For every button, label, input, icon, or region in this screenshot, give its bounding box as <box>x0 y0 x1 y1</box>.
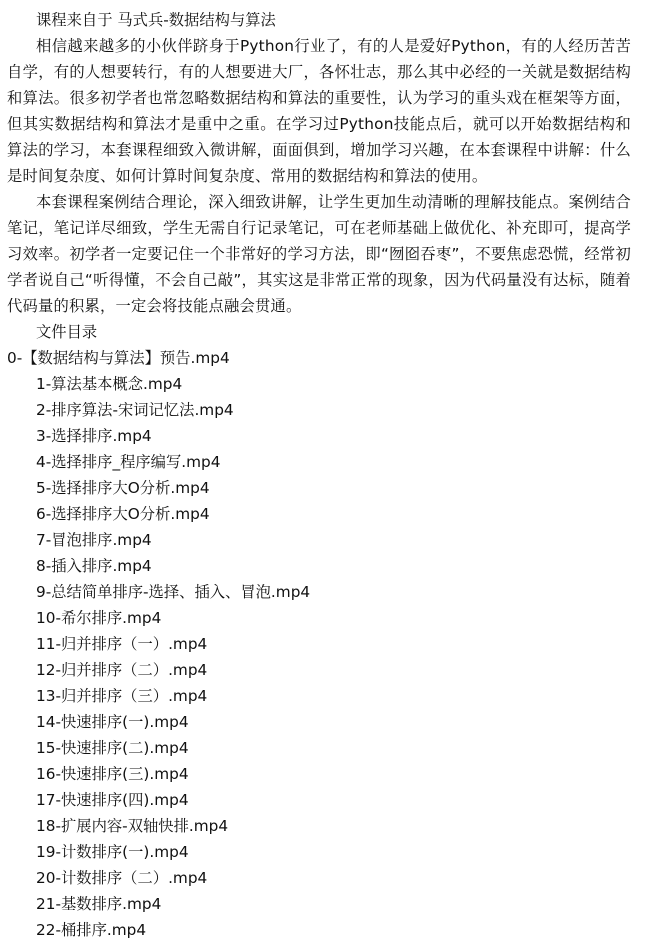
file-item: 18-扩展内容-双轴快排.mp4 <box>7 813 631 839</box>
file-item: 10-希尔排序.mp4 <box>7 605 631 631</box>
file-item: 12-归并排序（二）.mp4 <box>7 657 631 683</box>
file-list-heading: 文件目录 <box>7 319 631 345</box>
file-item: 21-基数排序.mp4 <box>7 891 631 917</box>
intro-paragraph: 相信越来越多的小伙伴跻身于Python行业了，有的人是爱好Python，有的人经… <box>7 33 631 189</box>
file-item: 20-计数排序（二）.mp4 <box>7 865 631 891</box>
file-item: 6-选择排序大O分析.mp4 <box>7 501 631 527</box>
file-item: 22-桶排序.mp4 <box>7 917 631 943</box>
file-item: 8-插入排序.mp4 <box>7 553 631 579</box>
file-item: 19-计数排序(一).mp4 <box>7 839 631 865</box>
document-body: 课程来自于 马式兵-数据结构与算法 相信越来越多的小伙伴跻身于Python行业了… <box>0 0 650 943</box>
file-item: 3-选择排序.mp4 <box>7 423 631 449</box>
file-item: 9-总结简单排序-选择、插入、冒泡.mp4 <box>7 579 631 605</box>
file-item: 5-选择排序大O分析.mp4 <box>7 475 631 501</box>
course-source-line: 课程来自于 马式兵-数据结构与算法 <box>7 7 631 33</box>
file-item: 15-快速排序(二).mp4 <box>7 735 631 761</box>
file-item: 4-选择排序_程序编写.mp4 <box>7 449 631 475</box>
file-item: 16-快速排序(三).mp4 <box>7 761 631 787</box>
file-item: 13-归并排序（三）.mp4 <box>7 683 631 709</box>
file-item: 2-排序算法-宋词记忆法.mp4 <box>7 397 631 423</box>
file-item: 17-快速排序(四).mp4 <box>7 787 631 813</box>
file-item: 7-冒泡排序.mp4 <box>7 527 631 553</box>
file-item: 11-归并排序（一）.mp4 <box>7 631 631 657</box>
file-list: 0-【数据结构与算法】预告.mp4 1-算法基本概念.mp4 2-排序算法-宋词… <box>7 345 631 943</box>
file-item: 0-【数据结构与算法】预告.mp4 <box>7 345 631 371</box>
course-description-paragraph: 本套课程案例结合理论，深入细致讲解，让学生更加生动清晰的理解技能点。案例结合笔记… <box>7 189 631 319</box>
file-item: 1-算法基本概念.mp4 <box>7 371 631 397</box>
file-item: 14-快速排序(一).mp4 <box>7 709 631 735</box>
